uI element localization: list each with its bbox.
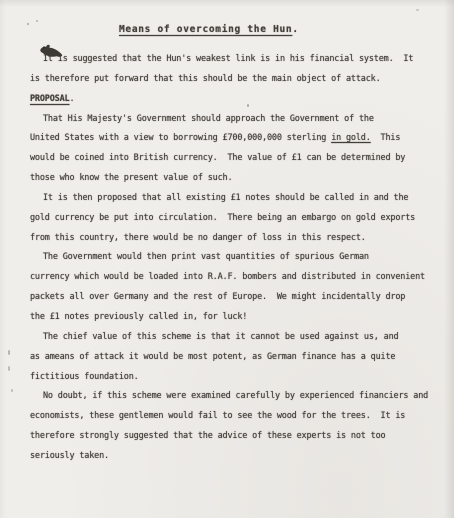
text-line: would be coined into British currency. T… [30, 153, 442, 173]
document-title-period: . [292, 24, 298, 35]
proposal-heading-period: . [70, 94, 75, 104]
text-line: No doubt, if this scheme were examined c… [30, 391, 442, 411]
text-line: That His Majesty's Government should app… [30, 114, 442, 134]
text-line: is therefore put forward that this shoul… [30, 74, 442, 94]
text-line: therefore strongly suggested that the ad… [30, 431, 442, 451]
paper-speck [11, 389, 13, 392]
text-line: as ameans of attack it would be most pot… [30, 352, 442, 372]
document-title: Means of overcoming the Hun. [119, 24, 299, 35]
text-line: from this country, there would be no dan… [30, 233, 442, 253]
text-line: the £1 notes previously called in, for l… [30, 312, 442, 332]
text-line: United States with a view to borrowing £… [30, 133, 442, 153]
text-segment: United States with a view to borrowing £… [30, 133, 331, 143]
paper-speck [36, 20, 38, 22]
text-line: fictitious foundation. [30, 372, 442, 392]
document-title-text: Means of overcoming the Hun [119, 24, 292, 35]
text-line: gold currency be put into circulation. T… [30, 213, 442, 233]
text-line: The Government would then print vast qua… [30, 252, 442, 272]
underlined-phrase: in gold. [331, 133, 371, 143]
text-line: packets all over Germany and the rest of… [30, 292, 442, 312]
text-line: The chief value of this scheme is that i… [30, 332, 442, 352]
document-body: It is suggested that the Hun's weakest l… [30, 54, 442, 471]
proposal-heading-text: PROPOSAL [30, 94, 70, 104]
document-page: Means of overcoming the Hun. It is sugge… [0, 0, 454, 518]
text-line: those who know the present value of such… [30, 173, 442, 193]
text-line: economists, these gentlemen would fail t… [30, 411, 442, 431]
paper-speck [27, 23, 29, 25]
paper-speck [8, 366, 10, 371]
paper-speck [8, 350, 10, 355]
text-line: currency which would be loaded into R.A.… [30, 272, 442, 292]
text-line: seriously taken. [30, 451, 442, 471]
text-line: It is then proposed that all existing £1… [30, 193, 442, 213]
text-segment: This [371, 133, 401, 143]
text-line: It is suggested that the Hun's weakest l… [30, 54, 442, 74]
paper-speck [416, 9, 419, 11]
text-line-proposal-heading: PROPOSAL. [30, 94, 442, 114]
